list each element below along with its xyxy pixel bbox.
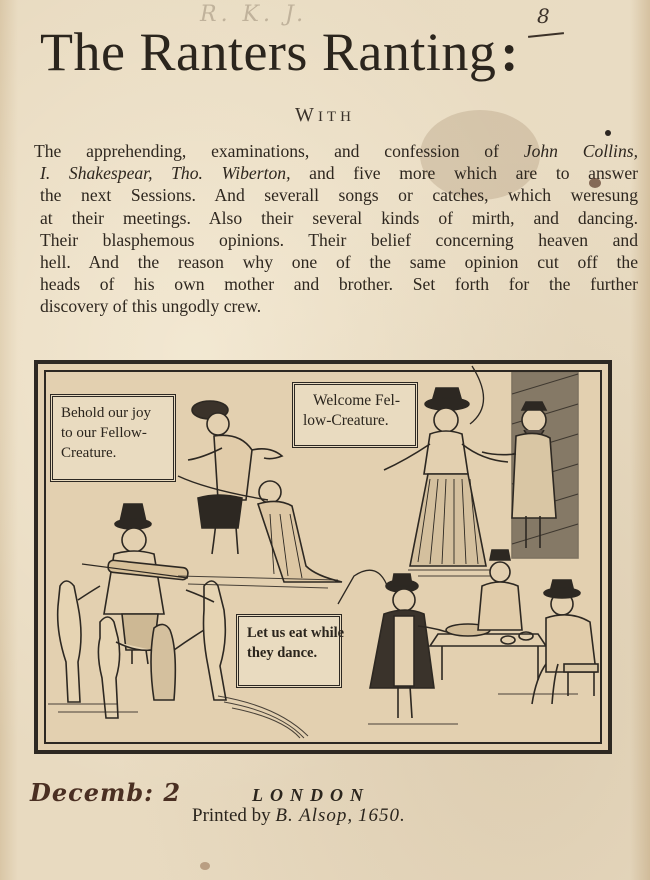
woodcut-illustration: Behold our joy to our Fellow- Creature. …: [34, 360, 612, 754]
caption-behold: Behold our joy to our Fellow- Creature.: [50, 394, 176, 482]
caption-line: low-Creature.: [303, 411, 407, 431]
with-cap: W: [295, 104, 318, 126]
page-title: The Ranters Ranting:: [40, 22, 600, 82]
body-line: hell. And the reason why one of the same…: [40, 251, 638, 273]
title-page: R. K. J. The Ranters Ranting: 8 WITH The…: [0, 0, 650, 880]
description-paragraph: The apprehending, examinations, and conf…: [40, 140, 640, 318]
printer-name: B. Alsop,: [275, 805, 353, 826]
caption-line: Creature.: [61, 443, 165, 463]
with-rest: ITH: [318, 109, 355, 125]
caption-welcome: Welcome Fel- low-Creature.: [292, 382, 418, 448]
imprint-printer: Printed by B. Alsop, 1650.: [192, 805, 406, 827]
caption-let-us-eat: Let us eat while they dance.: [236, 614, 342, 688]
ink-blot: [589, 178, 601, 188]
imprint-year: 1650.: [358, 805, 406, 826]
line-italic: I. Shakespear, Tho. Wiberton,: [40, 163, 290, 183]
title-text: The Ranters Ranting: [40, 22, 496, 82]
title-colon: :: [500, 22, 518, 82]
caption-line: to our Fellow-: [61, 423, 165, 443]
caption-line: Welcome Fel-: [303, 391, 407, 411]
body-line: Their blasphemous opinions. Their belief…: [40, 229, 638, 251]
folio-number: 8: [537, 4, 550, 28]
men-at-table: [430, 550, 598, 704]
ink-blot: [605, 130, 611, 136]
body-line: the next Sessions. And severall songs or…: [40, 184, 638, 206]
body-line: I. Shakespear, Tho. Wiberton, and five m…: [40, 162, 638, 184]
body-line: at their meetings. Also their several ki…: [40, 207, 638, 229]
woman-kneeling: [258, 481, 342, 582]
caption-line: Let us eat while: [247, 623, 331, 643]
manuscript-date: Decemb: 2: [30, 778, 181, 807]
with-heading: WITH: [0, 104, 650, 127]
caption-line: Behold our joy: [61, 403, 165, 423]
caption-line: they dance.: [247, 643, 331, 663]
line-text: and five more which are to answer: [290, 163, 638, 183]
body-line: discovery of this ungodly crew.: [40, 295, 638, 317]
line-text: The apprehending, examinations, and conf…: [34, 141, 524, 161]
line-italic: John Collins,: [524, 141, 638, 161]
paper-spot: [200, 862, 210, 870]
body-line: The apprehending, examinations, and conf…: [34, 140, 638, 162]
body-line: heads of his own mother and brother. Set…: [40, 273, 638, 295]
imprint-city: LONDON: [252, 785, 370, 806]
printed-by-label: Printed by: [192, 805, 271, 826]
